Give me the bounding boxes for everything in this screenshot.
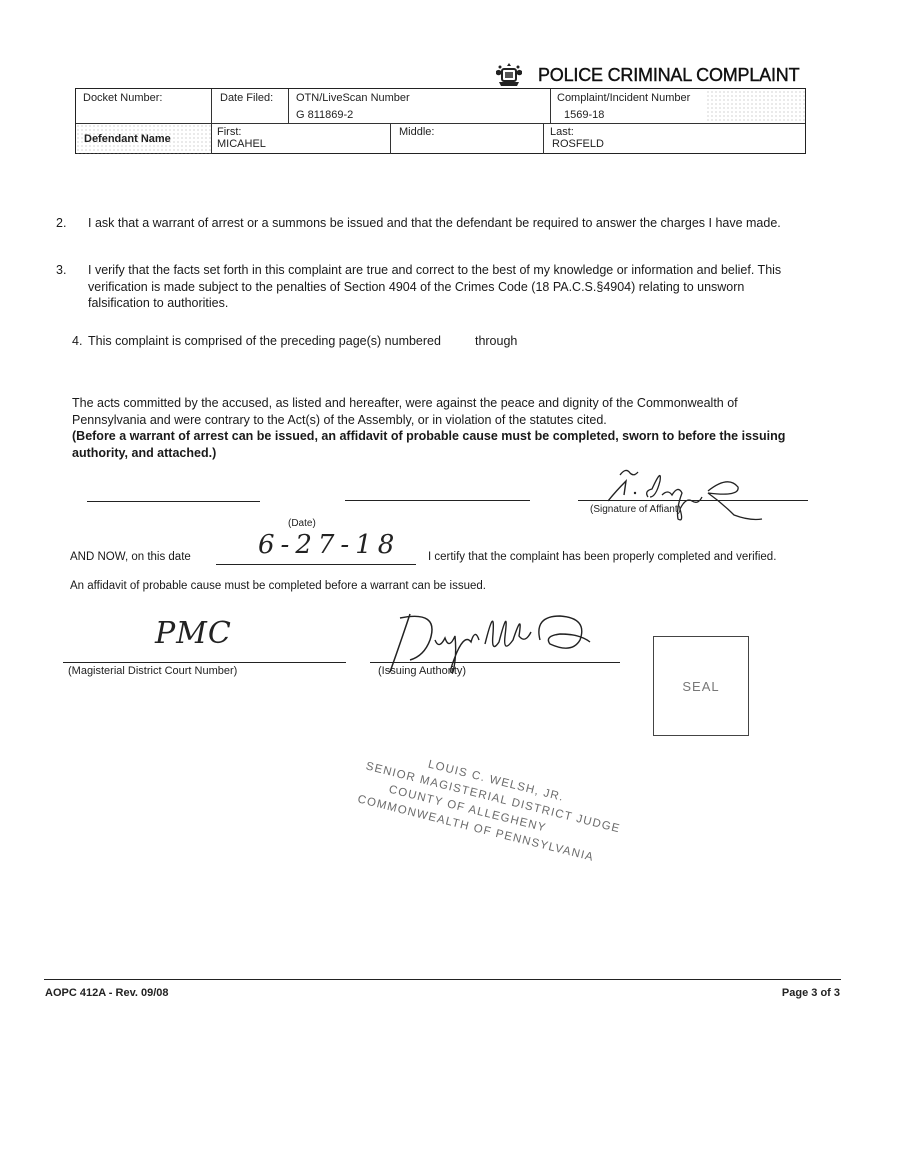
- through-label: through: [475, 334, 517, 348]
- first-name-label: First:: [217, 126, 241, 138]
- form-header: POLICE CRIMINAL COMPLAINT: [494, 60, 799, 90]
- last-name-value: ROSFELD: [552, 138, 604, 150]
- certification-date-value: 6-27-18: [258, 530, 400, 560]
- district-court-signature: PMC: [155, 616, 232, 651]
- footer-divider: [44, 979, 841, 980]
- case-info-table: Docket Number: Date Filed: OTN/LiveScan …: [75, 88, 806, 154]
- seal-box: SEAL: [653, 636, 749, 736]
- paragraph-2: 2.I ask that a warrant of arrest or a su…: [72, 215, 807, 232]
- affidavit-note: An affidavit of probable cause must be c…: [70, 578, 486, 595]
- first-name-value: MICAHEL: [217, 138, 266, 150]
- pennsylvania-seal-icon: [494, 62, 524, 88]
- issuing-authority-line: [370, 662, 620, 663]
- certification-prefix: AND NOW, on this date: [70, 549, 191, 566]
- statement-text: The acts committed by the accused, as li…: [72, 395, 812, 428]
- district-court-label: (Magisterial District Court Number): [68, 665, 237, 677]
- paragraph-3: 3.I verify that the facts set forth in t…: [72, 262, 792, 312]
- paragraph-4: 4.This complaint is comprised of the pre…: [72, 333, 672, 350]
- affiant-signature-label: (Signature of Affiant): [590, 504, 681, 515]
- certification-date-line: [216, 564, 416, 565]
- complaint-number-label: Complaint/Incident Number: [557, 92, 690, 104]
- judge-stamp: LOUIS C. WELSH, JR. SENIOR MAGISTERIAL D…: [343, 742, 624, 921]
- district-court-line: [63, 662, 346, 663]
- blank-line-1: [87, 501, 260, 502]
- issuing-authority-label: (Issuing Authority): [378, 665, 466, 677]
- last-name-label: Last:: [550, 126, 574, 138]
- date-label: (Date): [288, 518, 316, 529]
- date-filed-label: Date Filed:: [220, 92, 273, 104]
- certification-suffix: I certify that the complaint has been pr…: [428, 549, 776, 566]
- statement: The acts committed by the accused, as li…: [72, 395, 812, 461]
- affiant-signature: [600, 465, 770, 527]
- middle-name-label: Middle:: [399, 126, 434, 138]
- docket-number-label: Docket Number:: [83, 92, 162, 104]
- page-title: POLICE CRIMINAL COMPLAINT: [538, 65, 799, 86]
- otn-value: G 811869-2: [296, 109, 353, 121]
- otn-label: OTN/LiveScan Number: [296, 92, 410, 104]
- blank-line-2: [345, 500, 530, 501]
- page-number: Page 3 of 3: [782, 987, 840, 999]
- seal-label: SEAL: [682, 679, 719, 694]
- form-id: AOPC 412A - Rev. 09/08: [45, 987, 169, 999]
- complaint-number-value: 1569-18: [564, 109, 604, 121]
- warrant-note: (Before a warrant of arrest can be issue…: [72, 428, 812, 461]
- defendant-name-label: Defendant Name: [84, 133, 171, 145]
